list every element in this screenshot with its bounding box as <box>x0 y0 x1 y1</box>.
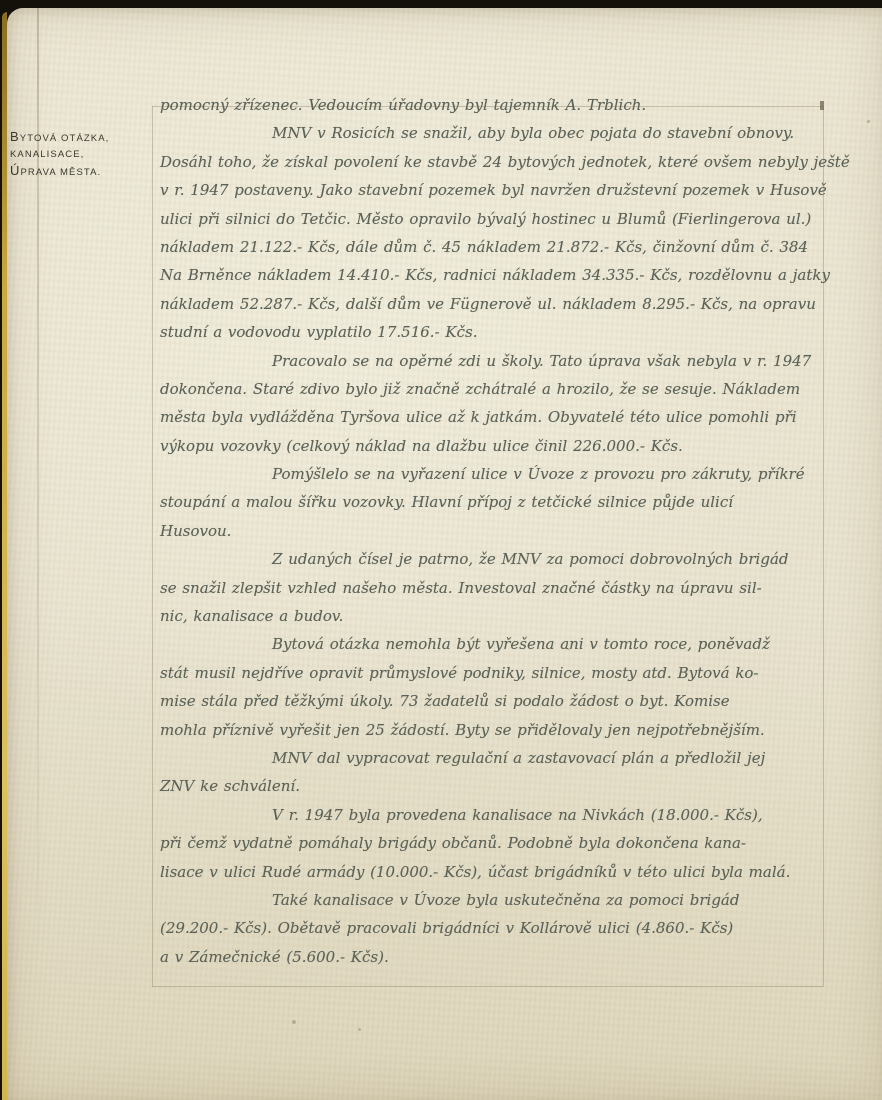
text-line: nic, kanalisace a budov. <box>160 602 824 630</box>
text-line: nákladem 21.122.- Kčs, dále dům č. 45 ná… <box>160 233 824 261</box>
paragraph: Také kanalisace v Úvoze byla uskutečněna… <box>160 886 824 971</box>
text-line: mise stála před těžkými úkoly. 73 žadate… <box>160 687 824 715</box>
margin-note-line: ÚPRAVA MĚSTA. <box>10 163 155 181</box>
text-line: ZNV ke schválení. <box>160 772 824 800</box>
text-line: výkopu vozovky (celkový náklad na dlažbu… <box>160 432 824 460</box>
text-line: pomocný zřízenec. Vedoucím úřadovny byl … <box>160 91 824 119</box>
paragraph: Pracovalo se na opěrné zdi u školy. Tato… <box>160 347 824 461</box>
text-line: Dosáhl toho, že získal povolení ke stavb… <box>160 148 824 176</box>
text-line: a v Zámečnické (5.600.- Kčs). <box>160 943 824 971</box>
text-line: Pomýšlelo se na vyřazení ulice v Úvoze z… <box>160 460 824 488</box>
text-line: lisace v ulici Rudé armády (10.000.- Kčs… <box>160 858 824 886</box>
text-line: mohla příznivě vyřešit jen 25 žádostí. B… <box>160 716 824 744</box>
paper-speck <box>867 120 870 123</box>
margin-note: BYTOVÁ OTÁZKA, KANALISACE, ÚPRAVA MĚSTA. <box>10 129 155 181</box>
text-line: dokončena. Staré zdivo bylo již značně z… <box>160 375 824 403</box>
margin-note-line: BYTOVÁ OTÁZKA, KANALISACE, <box>10 129 155 163</box>
text-line: se snažil zlepšit vzhled našeho města. I… <box>160 574 824 602</box>
text-line: MNV v Rosicích se snažil, aby byla obec … <box>160 119 824 147</box>
paper-speck <box>358 1028 361 1031</box>
paragraph: pomocný zřízenec. Vedoucím úřadovny byl … <box>160 91 824 119</box>
text-line: Bytová otázka nemohla být vyřešena ani v… <box>160 630 824 658</box>
paragraph: MNV dal vypracovat regulační a zastavova… <box>160 744 824 801</box>
text-line: Na Brněnce nákladem 14.410.- Kčs, radnic… <box>160 261 824 289</box>
text-line: stoupání a malou šířku vozovky. Hlavní p… <box>160 488 824 516</box>
text-line: V r. 1947 byla provedena kanalisace na N… <box>160 801 824 829</box>
text-line: nákladem 52.287.- Kčs, další dům ve Fügn… <box>160 290 824 318</box>
paragraph: Bytová otázka nemohla být vyřešena ani v… <box>160 630 824 744</box>
ruled-frame-left <box>152 106 153 987</box>
text-line: studní a vodovodu vyplatilo 17.516.- Kčs… <box>160 318 824 346</box>
paragraph: V r. 1947 byla provedena kanalisace na N… <box>160 801 824 886</box>
text-line: v r. 1947 postaveny. Jako stavební pozem… <box>160 176 824 204</box>
text-line: (29.200.- Kčs). Obětavě pracovali brigád… <box>160 914 824 942</box>
paragraph: Z udaných čísel je patrno, že MNV za pom… <box>160 545 824 630</box>
paragraph: MNV v Rosicích se snažil, aby byla obec … <box>160 119 824 346</box>
text-line: při čemž vydatně pomáhaly brigády občanů… <box>160 829 824 857</box>
text-line: města byla vydlážděna Tyršova ulice až k… <box>160 403 824 431</box>
text-line: Husovou. <box>160 517 824 545</box>
scanned-page: BYTOVÁ OTÁZKA, KANALISACE, ÚPRAVA MĚSTA.… <box>0 0 882 1100</box>
text-line: ulici při silnici do Tetčic. Město oprav… <box>160 205 824 233</box>
text-line: Také kanalisace v Úvoze byla uskutečněna… <box>160 886 824 914</box>
text-line: Pracovalo se na opěrné zdi u školy. Tato… <box>160 347 824 375</box>
text-line: stát musil nejdříve opravit průmyslové p… <box>160 659 824 687</box>
paragraph: Pomýšlelo se na vyřazení ulice v Úvoze z… <box>160 460 824 545</box>
ruled-frame-bottom <box>152 986 823 987</box>
text-line: MNV dal vypracovat regulační a zastavova… <box>160 744 824 772</box>
manuscript-text: pomocný zřízenec. Vedoucím úřadovny byl … <box>160 91 824 971</box>
paper-speck <box>292 1020 296 1024</box>
text-line: Z udaných čísel je patrno, že MNV za pom… <box>160 545 824 573</box>
